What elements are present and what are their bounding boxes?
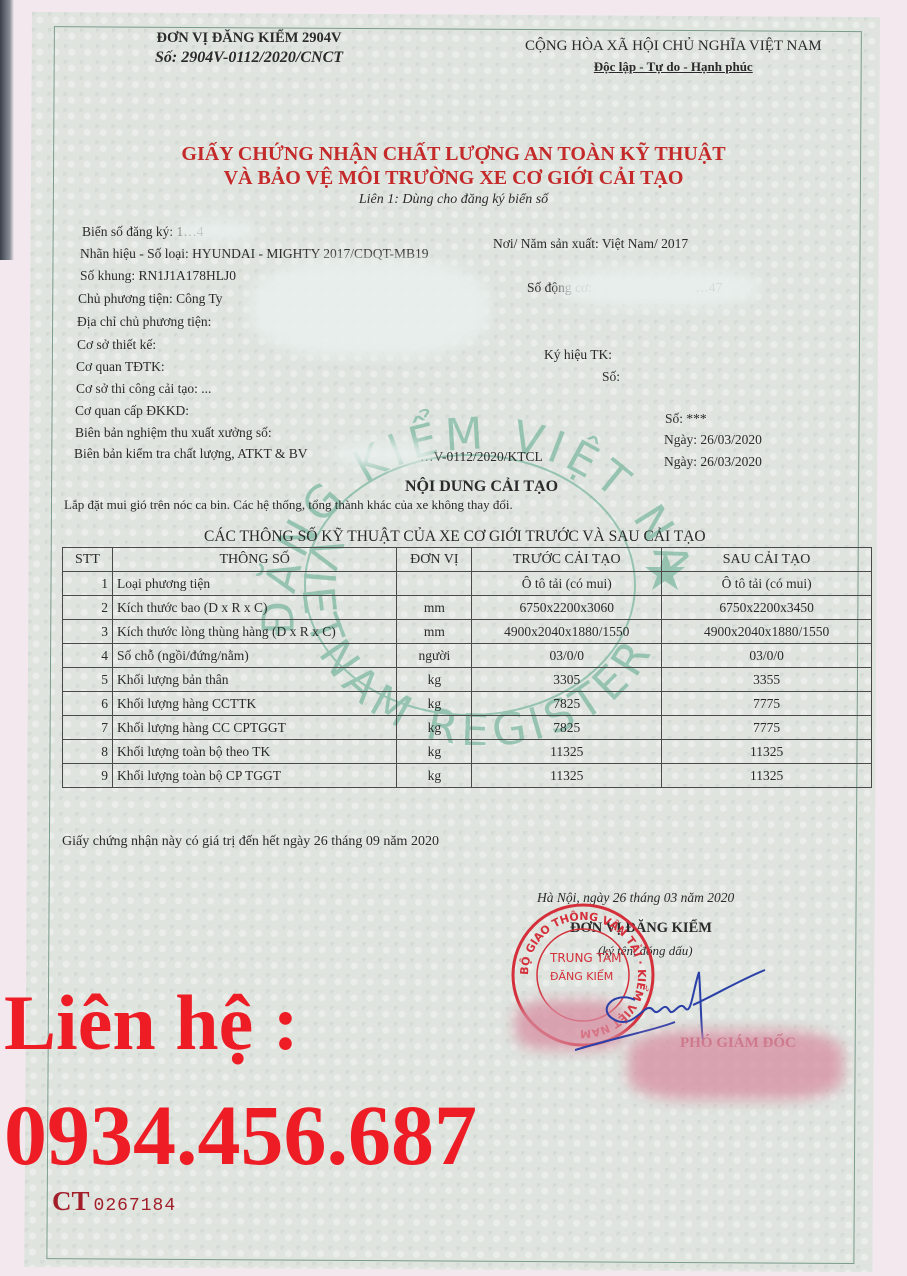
- owner-field: Chủ phương tiện: Công Ty: [78, 291, 223, 307]
- table-row: 7Khối lượng hàng CC CPTGGTkg78257775: [63, 716, 872, 740]
- origin-label: Nơi/ Năm sản xuất:: [493, 236, 599, 251]
- cell-unit: kg: [397, 668, 472, 692]
- cell-before: Ô tô tải (có mui): [472, 572, 662, 596]
- table-row: 9Khối lượng toàn bộ CP TGGTkg1132511325: [63, 764, 872, 788]
- address-label: Địa chỉ chủ phương tiện:: [77, 314, 211, 329]
- serial-value: 0267184: [94, 1196, 177, 1216]
- table-row: 1Loại phương tiệnÔ tô tải (có mui)Ô tô t…: [63, 572, 872, 596]
- inspection-number: …V-0112/2020/KTCL: [420, 449, 543, 465]
- validity-statement: Giấy chứng nhận này có giá trị đến hết n…: [62, 834, 439, 850]
- title-line-2: VÀ BẢO VỆ MÔI TRƯỜNG XE CƠ GIỚI CẢI TẠO: [0, 166, 907, 190]
- cell-after: 3355: [662, 668, 872, 692]
- cell-after: 03/0/0: [662, 644, 872, 668]
- chassis-field: Số khung: RN1J1A178HLJ0: [80, 268, 236, 284]
- plate-label: Biển số đăng ký:: [82, 224, 173, 239]
- contact-label: Liên hệ :: [4, 978, 299, 1068]
- cell-stt: 7: [63, 716, 113, 740]
- acceptance-label: Biên bản nghiệm thu xuất xưởng số:: [75, 425, 272, 441]
- design-no-label: Số:: [602, 369, 620, 385]
- redaction-inspection: [335, 442, 435, 466]
- cell-before: 6750x2200x3060: [472, 596, 662, 620]
- national-motto: Độc lập - Tự do - Hạnh phúc: [525, 59, 822, 75]
- cell-after: 7775: [662, 716, 872, 740]
- redaction-engine: [560, 268, 760, 308]
- cell-param: Kích thước lòng thùng hàng (D x R x C): [112, 620, 396, 644]
- issuer-header: ĐƠN VỊ ĐĂNG KIỂM 2904V Số: 2904V-0112/20…: [155, 30, 343, 67]
- contact-phone[interactable]: 0934.456.687: [4, 1085, 477, 1185]
- cell-unit: kg: [397, 716, 472, 740]
- cell-param: Khối lượng hàng CCTTK: [112, 692, 396, 716]
- table-row: 3Kích thước lòng thùng hàng (D x R x C)m…: [63, 620, 872, 644]
- cell-stt: 6: [63, 692, 113, 716]
- cell-after: 4900x2040x1880/1550: [662, 620, 872, 644]
- cell-unit: kg: [397, 692, 472, 716]
- cell-param: Số chỗ (ngồi/đứng/nằm): [112, 644, 396, 668]
- cell-before: 11325: [472, 764, 662, 788]
- col-after: SAU CẢI TẠO: [662, 548, 872, 572]
- address-field: Địa chỉ chủ phương tiện:: [77, 314, 211, 330]
- spec-table-caption: CÁC THÔNG SỐ KỸ THUẬT CỦA XE CƠ GIỚI TRƯ…: [204, 528, 706, 546]
- modification-heading: NỘI DUNG CẢI TẠO: [405, 478, 558, 496]
- cell-before: 7825: [472, 716, 662, 740]
- document-number: Số: 2904V-0112/2020/CNCT: [155, 49, 343, 67]
- table-row: 5Khối lượng bản thânkg33053355: [63, 668, 872, 692]
- col-before: TRƯỚC CẢI TẠO: [472, 548, 662, 572]
- origin-field: Nơi/ Năm sản xuất: Việt Nam/ 2017: [493, 236, 688, 252]
- design-facility-label: Cơ sở thiết kế:: [77, 337, 156, 353]
- cell-param: Khối lượng bản thân: [112, 668, 396, 692]
- col-param: THÔNG SỐ: [112, 548, 396, 572]
- cell-param: Khối lượng toàn bộ CP TGGT: [112, 764, 396, 788]
- col-stt: STT: [63, 548, 113, 572]
- inspection-label: Biên bản kiểm tra chất lượng, ATKT & BV: [74, 446, 308, 462]
- spec-table: STT THÔNG SỐ ĐƠN VỊ TRƯỚC CẢI TẠO SAU CẢ…: [62, 547, 872, 788]
- cell-after: Ô tô tải (có mui): [662, 572, 872, 596]
- inspection-date: Ngày: 26/03/2020: [664, 454, 762, 470]
- cell-stt: 2: [63, 596, 113, 620]
- redaction-signer: [628, 1030, 843, 1100]
- serial-number: CT0267184: [52, 1186, 176, 1217]
- redaction-plate: [175, 220, 255, 242]
- origin-value: Việt Nam/ 2017: [602, 236, 688, 251]
- cell-unit: kg: [397, 764, 472, 788]
- serial-prefix: CT: [52, 1186, 90, 1216]
- cell-unit: mm: [397, 596, 472, 620]
- cell-before: 11325: [472, 740, 662, 764]
- acceptance-number: Số: ***: [665, 411, 707, 427]
- cell-stt: 4: [63, 644, 113, 668]
- cell-unit: [397, 572, 472, 596]
- cell-after: 11325: [662, 764, 872, 788]
- background-edge: [0, 0, 14, 260]
- table-row: 6Khối lượng hàng CCTTKkg78257775: [63, 692, 872, 716]
- cell-stt: 5: [63, 668, 113, 692]
- cell-before: 03/0/0: [472, 644, 662, 668]
- cell-stt: 9: [63, 764, 113, 788]
- redaction-owner: [250, 258, 490, 358]
- cell-before: 7825: [472, 692, 662, 716]
- republic-name: CỘNG HÒA XÃ HỘI CHỦ NGHĨA VIỆT NAM: [525, 38, 822, 55]
- copy-note: Liên 1: Dùng cho đăng ký biển số: [0, 192, 907, 208]
- spec-table-header: STT THÔNG SỐ ĐƠN VỊ TRƯỚC CẢI TẠO SAU CẢ…: [63, 548, 872, 572]
- cell-after: 7775: [662, 692, 872, 716]
- cell-param: Loại phương tiện: [112, 572, 396, 596]
- acceptance-date: Ngày: 26/03/2020: [664, 432, 762, 448]
- license-agency-label: Cơ quan cấp ĐKKD:: [75, 403, 189, 419]
- cell-unit: kg: [397, 740, 472, 764]
- cell-param: Khối lượng toàn bộ theo TK: [112, 740, 396, 764]
- inspection-unit-name: ĐƠN VỊ ĐĂNG KIỂM 2904V: [155, 30, 343, 47]
- design-symbol-label: Ký hiệu TK:: [544, 347, 612, 363]
- table-row: 4Số chỗ (ngồi/đứng/nằm)người03/0/003/0/0: [63, 644, 872, 668]
- cell-after: 6750x2200x3450: [662, 596, 872, 620]
- builder-label: Cơ sở thi công cải tạo: ...: [76, 381, 211, 397]
- national-header: CỘNG HÒA XÃ HỘI CHỦ NGHĨA VIỆT NAM Độc l…: [525, 38, 822, 75]
- owner-label: Chủ phương tiện:: [78, 291, 173, 306]
- chassis-label: Số khung:: [80, 268, 135, 283]
- cell-stt: 1: [63, 572, 113, 596]
- certificate-title: GIẤY CHỨNG NHẬN CHẤT LƯỢNG AN TOÀN KỸ TH…: [0, 142, 907, 190]
- owner-value: Công Ty: [176, 291, 222, 306]
- cell-unit: mm: [397, 620, 472, 644]
- cell-before: 3305: [472, 668, 662, 692]
- chassis-value: RN1J1A178HLJ0: [139, 268, 237, 283]
- cell-unit: người: [397, 644, 472, 668]
- cell-param: Kích thước bao (D x R x C): [112, 596, 396, 620]
- modification-description: Lắp đặt mui gió trên nóc ca bin. Các hệ …: [64, 497, 513, 513]
- cell-stt: 8: [63, 740, 113, 764]
- table-row: 8Khối lượng toàn bộ theo TKkg1132511325: [63, 740, 872, 764]
- brand-label: Nhãn hiệu - Số loại:: [80, 246, 189, 261]
- cell-param: Khối lượng hàng CC CPTGGT: [112, 716, 396, 740]
- col-unit: ĐƠN VỊ: [397, 548, 472, 572]
- design-agency-label: Cơ quan TĐTK:: [76, 359, 165, 375]
- table-row: 2Kích thước bao (D x R x C)mm6750x2200x3…: [63, 596, 872, 620]
- title-line-1: GIẤY CHỨNG NHẬN CHẤT LƯỢNG AN TOÀN KỸ TH…: [0, 142, 907, 166]
- cell-stt: 3: [63, 620, 113, 644]
- cell-before: 4900x2040x1880/1550: [472, 620, 662, 644]
- cell-after: 11325: [662, 740, 872, 764]
